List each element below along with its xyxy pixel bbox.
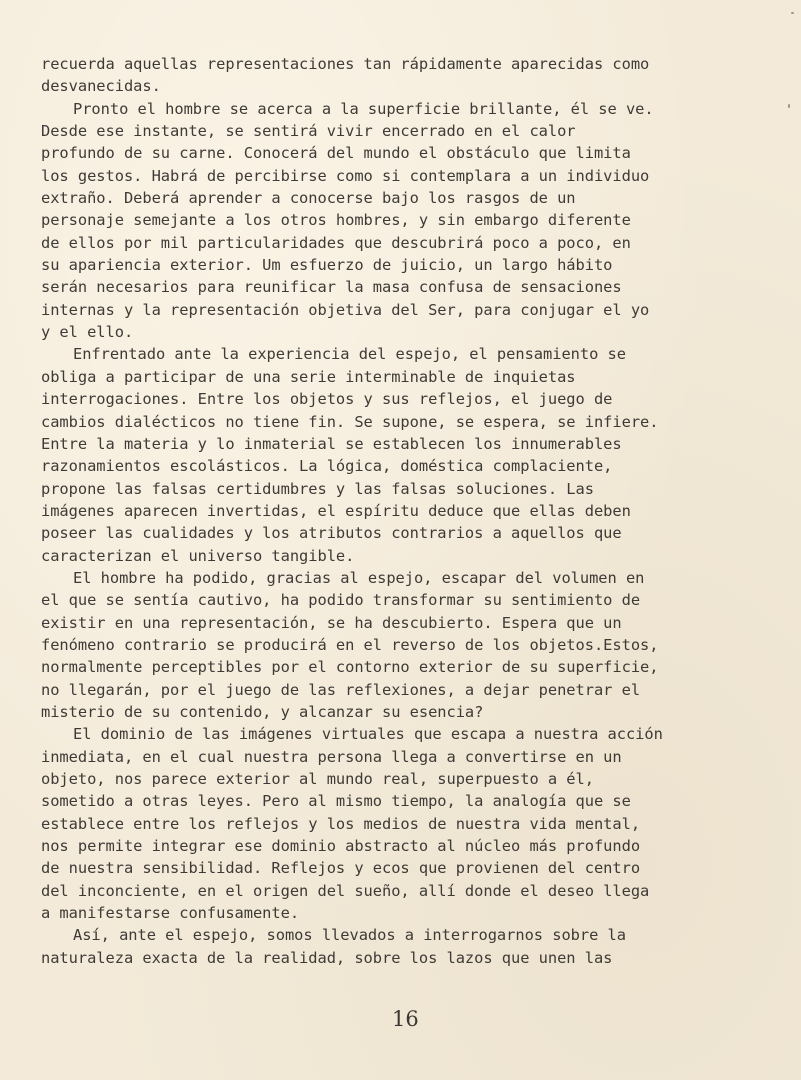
text-line: recuerda aquellas representaciones tan r… [41, 53, 801, 75]
text-line: serán necesarios para reunificar la masa… [41, 276, 801, 298]
text-line: inmediata, en el cual nuestra persona ll… [41, 746, 801, 768]
text-line: propone las falsas certidumbres y las fa… [41, 478, 801, 500]
text-line: personaje semejante a los otros hombres,… [41, 209, 801, 231]
text-line: los gestos. Habrá de percibirse como si … [41, 165, 801, 187]
text-line: normalmente perceptibles por el contorno… [41, 656, 801, 678]
text-line: poseer las cualidades y los atributos co… [41, 522, 801, 544]
paragraph: Así, ante el espejo, somos llevados a in… [41, 924, 801, 969]
text-line: el que se sentía cautivo, ha podido tran… [41, 589, 801, 611]
text-line: nos permite integrar ese dominio abstrac… [41, 835, 801, 857]
text-line: obliga a participar de una serie intermi… [41, 366, 801, 388]
paper-speck [791, 12, 794, 14]
text-line: fenómeno contrario se producirá en el re… [41, 634, 801, 656]
text-line: Así, ante el espejo, somos llevados a in… [41, 924, 801, 946]
text-line: misterio de su contenido, y alcanzar su … [41, 701, 801, 723]
text-line: El dominio de las imágenes virtuales que… [41, 723, 801, 745]
text-line: del inconciente, en el origen del sueño,… [41, 880, 801, 902]
text-line: a manifestarse confusamente. [41, 902, 801, 924]
text-line: naturaleza exacta de la realidad, sobre … [41, 947, 801, 969]
text-line: desvanecidas. [41, 75, 801, 97]
text-line: Desde ese instante, se sentirá vivir enc… [41, 120, 801, 142]
paragraph: Enfrentado ante la experiencia del espej… [41, 343, 801, 566]
page-number: 16 [392, 1007, 419, 1031]
paragraph: recuerda aquellas representaciones tan r… [41, 53, 801, 98]
text-line: establece entre los reflejos y los medio… [41, 813, 801, 835]
text-line: existir en una representación, se ha des… [41, 612, 801, 634]
text-line: no llegarán, por el juego de las reflexi… [41, 679, 801, 701]
text-line: Entre la materia y lo inmaterial se esta… [41, 433, 801, 455]
text-line: sometido a otras leyes. Pero al mismo ti… [41, 790, 801, 812]
text-line: razonamientos escolásticos. La lógica, d… [41, 455, 801, 477]
paragraph: El hombre ha podido, gracias al espejo, … [41, 567, 801, 723]
text-line: y el ello. [41, 321, 801, 343]
text-line: imágenes aparecen invertidas, el espírit… [41, 500, 801, 522]
text-line: Pronto el hombre se acerca a la superfic… [41, 98, 801, 120]
text-line: objeto, nos parece exterior al mundo rea… [41, 768, 801, 790]
text-line: extraño. Deberá aprender a conocerse baj… [41, 187, 801, 209]
paragraph: Pronto el hombre se acerca a la superfic… [41, 98, 801, 344]
text-line: de nuestra sensibilidad. Reflejos y ecos… [41, 857, 801, 879]
text-line: de ellos por mil particularidades que de… [41, 232, 801, 254]
text-line: Enfrentado ante la experiencia del espej… [41, 343, 801, 365]
text-line: caracterizan el universo tangible. [41, 545, 801, 567]
text-line: interrogaciones. Entre los objetos y sus… [41, 388, 801, 410]
text-line: cambios dialécticos no tiene fin. Se sup… [41, 411, 801, 433]
text-line: su apariencia exterior. Um esfuerzo de j… [41, 254, 801, 276]
text-line: El hombre ha podido, gracias al espejo, … [41, 567, 801, 589]
text-line: internas y la representación objetiva de… [41, 299, 801, 321]
body-text: recuerda aquellas representaciones tan r… [41, 53, 801, 969]
paragraph: El dominio de las imágenes virtuales que… [41, 723, 801, 924]
text-line: profundo de su carne. Conocerá del mundo… [41, 142, 801, 164]
